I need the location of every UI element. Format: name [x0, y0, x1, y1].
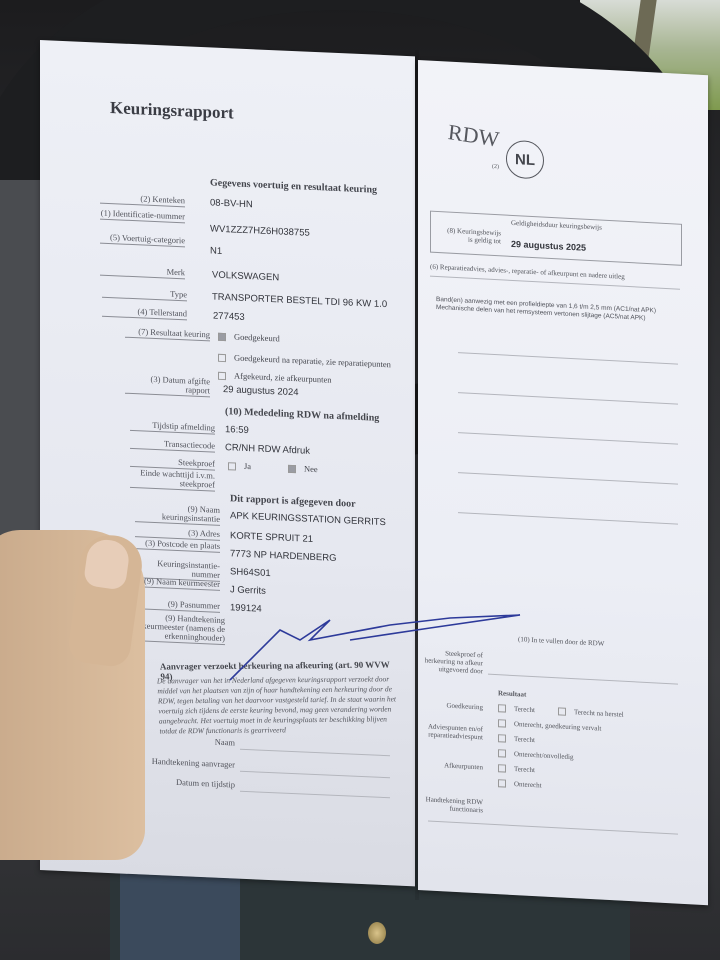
field-label-vin: (1) Identificatie-nummer	[100, 209, 185, 224]
field-label-postcode: (3) Postcode en plaats	[135, 538, 220, 553]
option-text: Terecht na herstel	[574, 708, 624, 719]
option-text: Terecht	[514, 765, 535, 774]
checkbox-unchecked	[498, 780, 506, 788]
divider	[240, 791, 390, 799]
rdw-row-label: Afkeurpunten	[423, 760, 483, 771]
option-text: Nee	[304, 464, 318, 475]
field-label-merk: Merk	[100, 265, 185, 280]
rdw-option: Terecht na herstel	[558, 707, 624, 719]
divider	[458, 512, 678, 525]
checkbox-unchecked	[498, 735, 506, 743]
checkbox-unchecked	[498, 750, 506, 758]
option-text: Terecht	[514, 735, 535, 744]
divider	[240, 771, 390, 779]
result-option-text: Goedgekeurd na reparatie, zie reparatiep…	[234, 352, 391, 369]
field-value-address: KORTE SPRUIT 21	[230, 530, 313, 545]
option-text: Onterecht, goedkeuring vervalt	[514, 720, 601, 733]
steekproef-option-no: Nee	[288, 463, 318, 474]
option-text: Terecht	[514, 705, 535, 714]
field-label-station: (9) Naam keuringsinstantie	[135, 502, 220, 526]
rdw-row-label: Goedkeuring	[423, 700, 483, 711]
field-label-inspector: (9) Naam keurmeester	[135, 576, 220, 591]
section-vehicle-heading: Gegevens voertuig en resultaat keuring	[210, 177, 377, 195]
checkbox-unchecked	[498, 765, 506, 773]
rdw-logo: RDW	[447, 119, 501, 153]
divider	[428, 821, 678, 835]
checkbox-checked	[288, 465, 296, 473]
checkbox-unchecked	[228, 462, 236, 470]
checkbox-checked	[218, 333, 226, 341]
rdw-signature-label: Handtekening RDW functionaris	[423, 795, 483, 814]
validity-date: 29 augustus 2025	[511, 239, 586, 253]
field-value-merk: VOLKSWAGEN	[212, 270, 279, 284]
option-text: Onterecht/onvolledig	[514, 750, 573, 761]
divider	[240, 749, 390, 757]
field-label-issue-date: (3) Datum afgifte rapport	[125, 374, 210, 398]
result-option-text: Afgekeurd, zie afkeurpunten	[234, 370, 331, 384]
rdw-option: Onterecht, goedkeuring vervalt	[498, 719, 601, 733]
field-value-kenteken: 08-BV-HN	[210, 197, 253, 210]
report-right-page: RDW (2) NL Geldigheidsduur keuringsbewij…	[418, 60, 708, 905]
applicant-name-label: Naam	[150, 735, 235, 749]
rdw-row-label: Adviespunten en/of reparatieadviespunt	[423, 722, 483, 741]
validity-title: Geldigheidsduur keuringsbewijs	[511, 219, 602, 232]
field-value-issue-date: 29 augustus 2024	[223, 384, 299, 398]
field-label-time: Tijdstip afmelding	[130, 420, 215, 435]
validity-box: Geldigheidsduur keuringsbewijs (8) Keuri…	[430, 211, 682, 266]
field-label-tellerstand: (4) Tellerstand	[102, 306, 187, 321]
checkbox-unchecked	[498, 705, 506, 713]
section-issuer-heading: Dit rapport is afgegeven door	[230, 493, 356, 509]
divider	[458, 472, 678, 485]
country-superscript: (2)	[492, 164, 499, 170]
jeans-button	[368, 922, 386, 944]
result-option-approved: Goedgekeurd	[218, 331, 280, 344]
applicant-signature-label: Handtekening aanvrager	[150, 757, 235, 771]
field-value-inspector: J Gerrits	[230, 584, 266, 597]
document-title: Keuringsrapport	[110, 98, 234, 123]
steekproef-option-yes: Ja	[228, 460, 251, 471]
field-label-kenteken: (2) Kenteken	[100, 193, 185, 208]
inspector-signature	[190, 610, 550, 690]
applicant-date-label: Datum en tijdstip	[150, 777, 235, 791]
rdw-option: Onterecht/onvolledig	[498, 749, 573, 761]
validity-label: (8) Keuringsbewijs is geldig tot	[441, 226, 501, 245]
field-value-tellerstand: 277453	[213, 311, 245, 323]
field-label-category: (5) Voertuig-categorie	[100, 233, 185, 248]
result-option-text: Goedgekeurd	[234, 331, 280, 343]
option-text: Ja	[244, 461, 251, 471]
field-value-station-number: SH64S01	[230, 566, 271, 579]
divider	[458, 352, 678, 365]
checkbox-unchecked	[218, 354, 226, 362]
field-value-postcode: 7773 NP HARDENBERG	[230, 548, 336, 564]
field-value-station: APK KEURINGSSTATION GERRITS	[230, 510, 386, 528]
divider	[458, 432, 678, 445]
field-label-result: (7) Resultaat keuring	[125, 327, 210, 342]
option-text: Onterecht	[514, 780, 542, 789]
result-title: Resultaat	[498, 689, 526, 698]
rdw-option: Terecht	[498, 704, 535, 714]
rdw-option: Terecht	[498, 734, 535, 744]
field-label-type: Type	[102, 287, 187, 302]
field-value-transaction: CR/NH RDW Afdruk	[225, 442, 310, 457]
nl-country-badge: NL	[506, 140, 544, 180]
rdw-option: Onterecht	[498, 779, 542, 790]
field-label-wait-end: Einde wachttijd i.v.m. steekproef	[130, 468, 215, 492]
checkbox-unchecked	[558, 708, 566, 716]
divider	[430, 276, 680, 290]
field-value-category: N1	[210, 245, 222, 257]
rdw-option: Terecht	[498, 764, 535, 774]
field-value-vin: WV1ZZZ7HZ6H038755	[210, 223, 310, 238]
result-option-rejected: Afgekeurd, zie afkeurpunten	[218, 370, 331, 385]
result-option-approved-after-repair: Goedgekeurd na reparatie, zie reparatiep…	[218, 352, 391, 370]
field-value-time: 16:59	[225, 424, 249, 436]
repair-list: Band(en) aanwezig met een profieldiepte …	[436, 296, 666, 324]
field-label-transaction: Transactiecode	[130, 438, 215, 453]
section-rdw-heading: (10) Mededeling RDW na afmelding	[225, 406, 379, 424]
checkbox-unchecked	[218, 372, 226, 380]
checkbox-unchecked	[498, 720, 506, 728]
field-value-type: TRANSPORTER BESTEL TDI 96 KW 1.0	[212, 292, 387, 311]
divider	[458, 392, 678, 405]
